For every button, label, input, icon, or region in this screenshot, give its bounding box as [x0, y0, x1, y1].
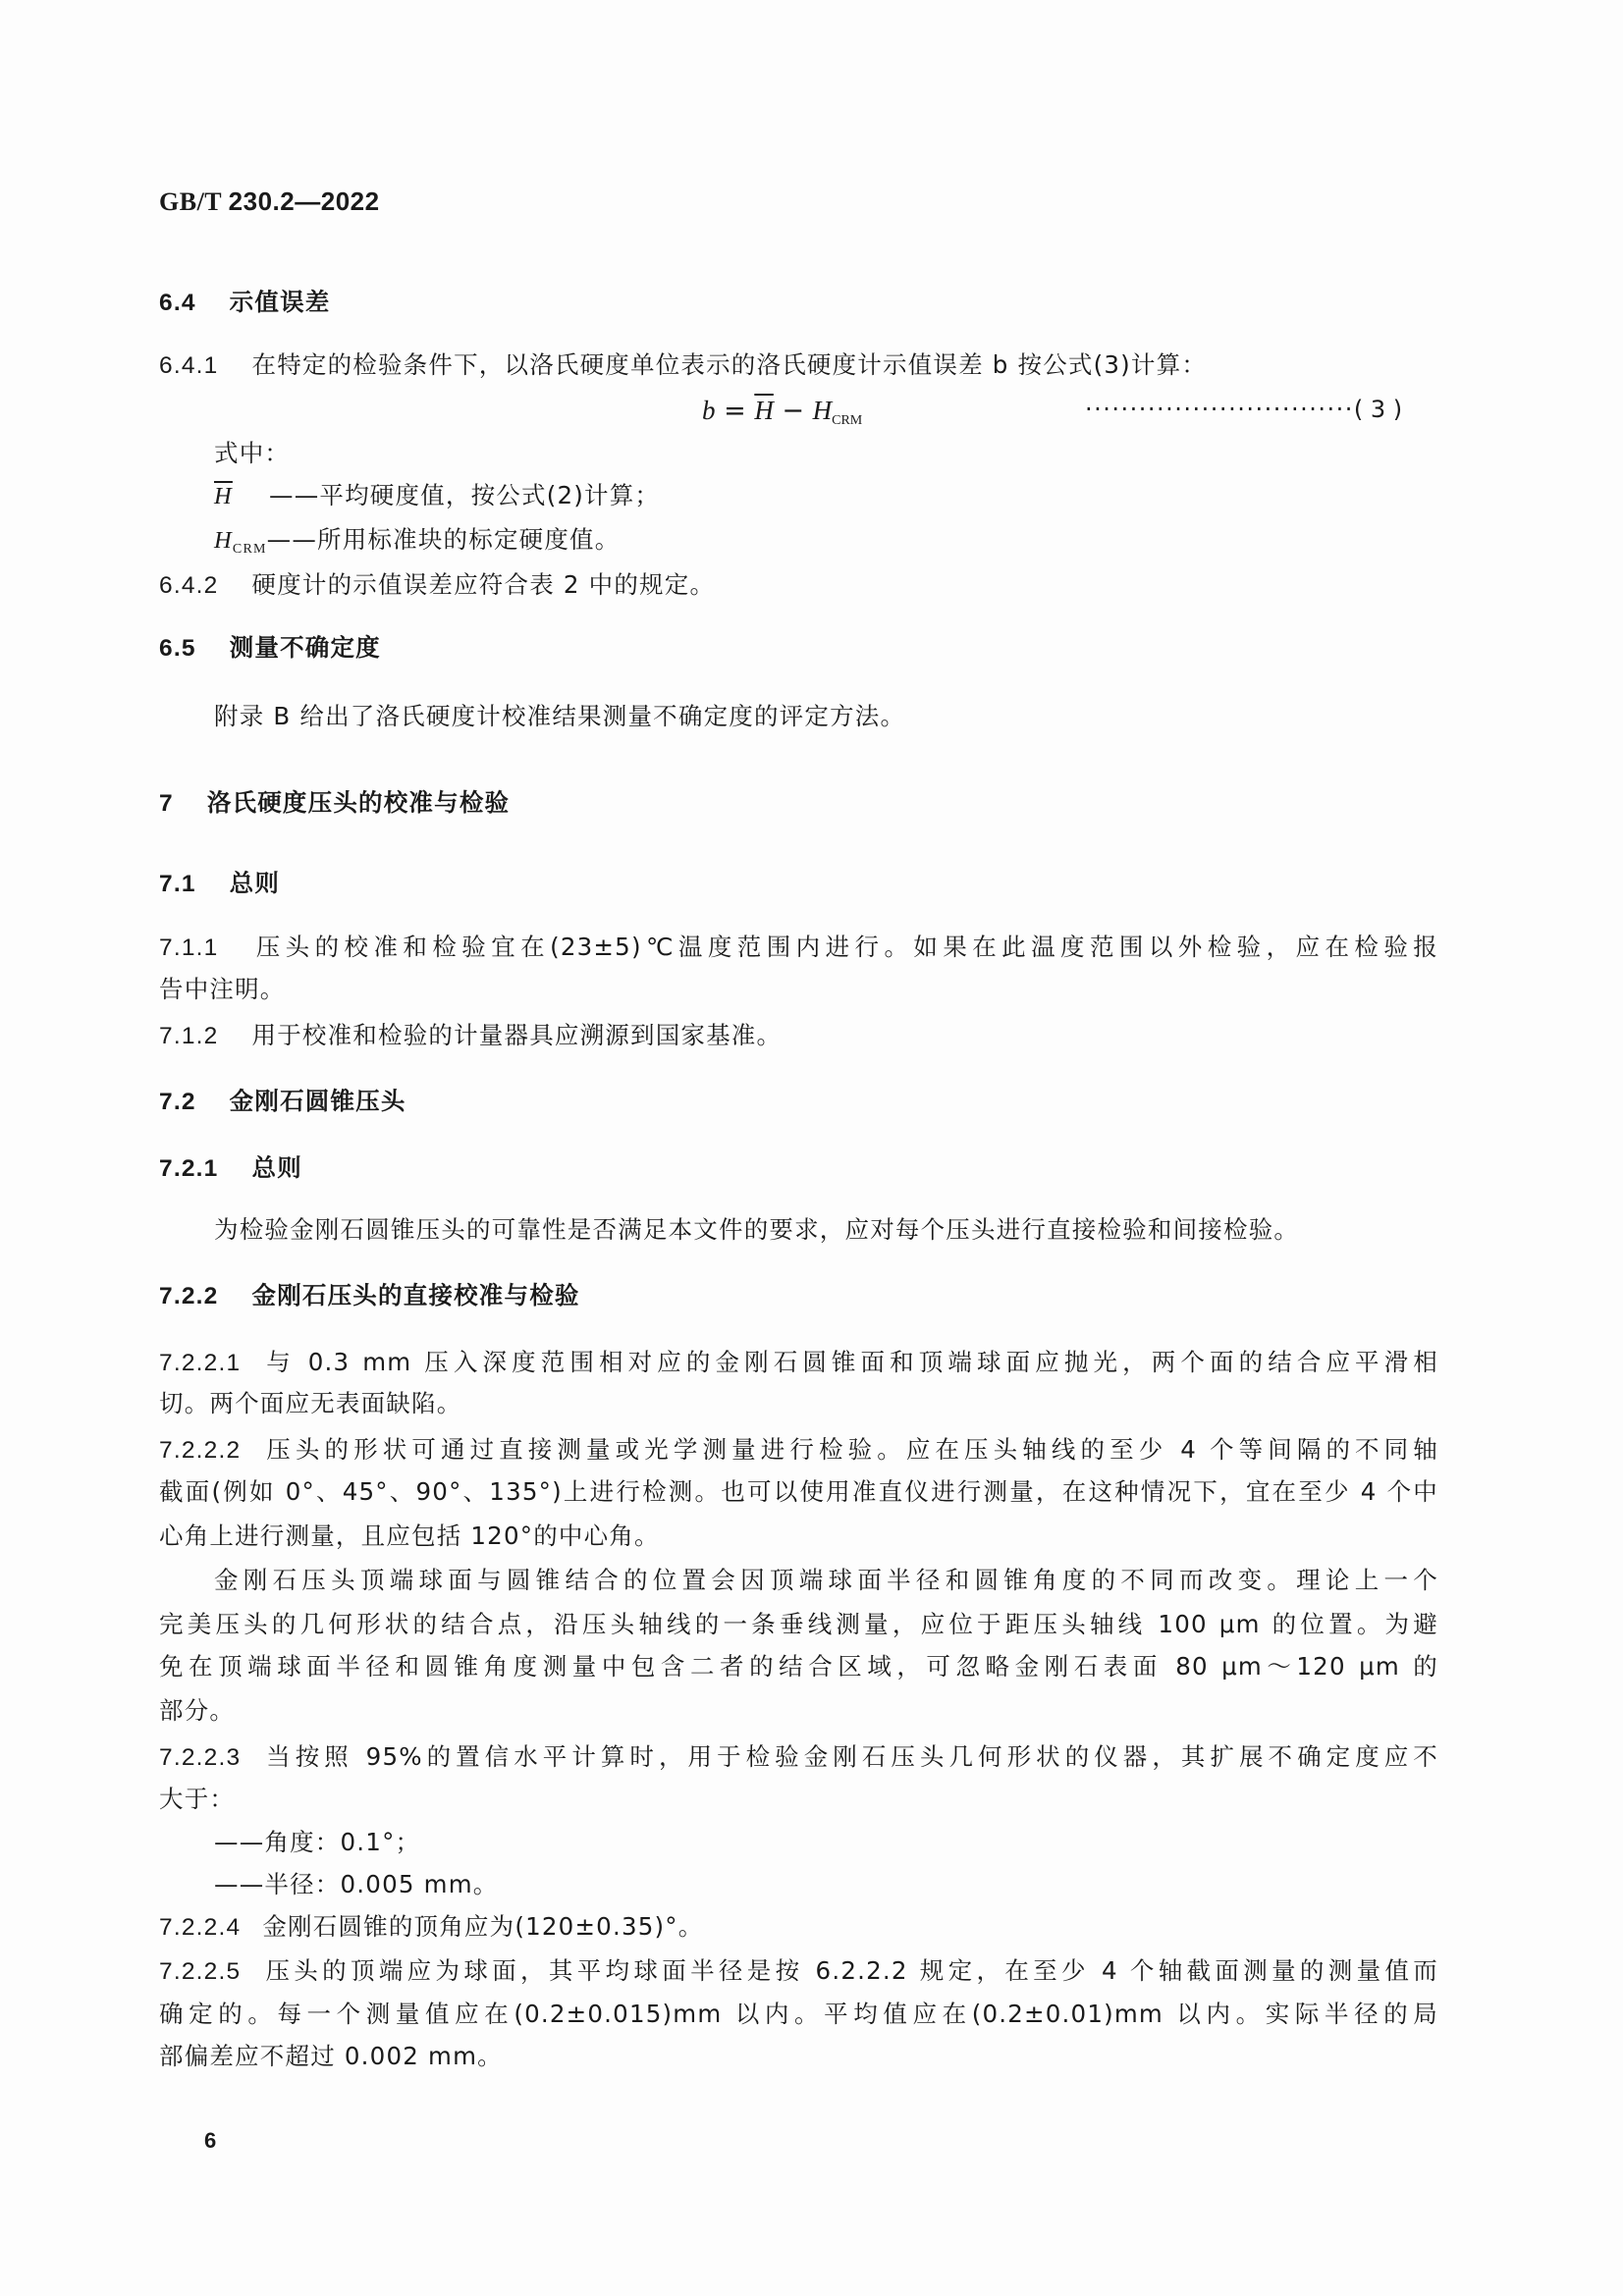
heading-6-4: 6.4示值误差 — [159, 288, 1438, 318]
heading-7-2-2: 7.2.2金刚石压头的直接校准与检验 — [159, 1281, 1438, 1311]
equation-label: ( 3 ) — [1354, 396, 1402, 423]
clause-text: 在特定的检验条件下，以洛氏硬度单位表示的洛氏硬度计示值误差 b 按公式(3)计算… — [252, 350, 1208, 379]
heading-title: 示值误差 — [230, 288, 331, 316]
clause-7-1-1-cont: 告中注明。 — [159, 975, 1438, 1004]
where-item-h-bar: H——平均硬度值，按公式(2)计算； — [214, 481, 1438, 511]
paragraph-7-2-1: 为检验金刚石圆锥压头的可靠性是否满足本文件的要求，应对每个压头进行直接检验和间接… — [214, 1215, 1438, 1245]
paragraph-junction-line3: 免在顶端球面半径和圆锥角度测量中包含二者的结合区域，可忽略金刚石表面 80 μm… — [159, 1652, 1438, 1682]
formula-3: b = H − HCRM — [702, 396, 862, 429]
formula-number: ······························( 3 ) — [1085, 396, 1402, 423]
standard-number: 230.2—2022 — [229, 187, 380, 216]
heading-6-5: 6.5测量不确定度 — [159, 633, 1438, 664]
clause-7-2-2-5-line2: 确定的。每一个测量值应在(0.2±0.015)mm 以内。平均值应在(0.2±0… — [159, 2000, 1438, 2029]
heading-7: 7洛氏硬度压头的校准与检验 — [159, 788, 1438, 819]
list-item-radius: ——半径：0.005 mm。 — [214, 1870, 1438, 1899]
list-item-angle: ——角度：0.1°； — [214, 1828, 1438, 1857]
clause-7-2-2-4: 7.2.2.4金刚石圆锥的顶角应为(120±0.35)°。 — [159, 1912, 1438, 1943]
clause-7-1-1: 7.1.1压头的校准和检验宜在(23±5)℃温度范围内进行。如果在此温度范围以外… — [159, 933, 1438, 963]
standard-prefix: GB/T — [159, 187, 222, 216]
clause-6-4-1: 6.4.1在特定的检验条件下，以洛氏硬度单位表示的洛氏硬度计示值误差 b 按公式… — [159, 350, 1438, 381]
heading-7-1: 7.1总则 — [159, 869, 1438, 899]
standard-header: GB/T 230.2—2022 — [159, 187, 380, 217]
heading-7-2-1: 7.2.1总则 — [159, 1153, 1438, 1184]
paragraph-6-5: 附录 B 给出了洛氏硬度计校准结果测量不确定度的评定方法。 — [214, 702, 1438, 731]
where-item-h-crm: HCRM——所用标准块的标定硬度值。 — [214, 525, 1438, 564]
leader-dots: ······························ — [1085, 396, 1354, 423]
clause-7-2-2-3: 7.2.2.3当按照 95%的置信水平计算时，用于检验金刚石压头几何形状的仪器，… — [159, 1742, 1438, 1773]
clause-7-2-2-1: 7.2.2.1与 0.3 mm 压入深度范围相对应的金刚石圆锥面和顶端球面应抛光… — [159, 1348, 1438, 1378]
where-label: 式中： — [214, 439, 1438, 468]
paragraph-junction-line1: 金刚石压头顶端球面与圆锥结合的位置会因顶端球面半径和圆锥角度的不同而改变。理论上… — [214, 1566, 1438, 1595]
clause-7-2-2-3-cont: 大于： — [159, 1785, 1438, 1814]
h-bar-symbol: H — [754, 396, 774, 425]
document-page: GB/T 230.2—2022 6.4示值误差 6.4.1在特定的检验条件下，以… — [0, 0, 1623, 2296]
heading-7-2: 7.2金刚石圆锥压头 — [159, 1087, 1438, 1117]
page-number: 6 — [204, 2128, 216, 2154]
clause-7-2-2-5-line3: 部偏差应不超过 0.002 mm。 — [159, 2042, 1438, 2071]
clause-7-1-2: 7.1.2用于校准和检验的计量器具应溯源到国家基准。 — [159, 1021, 1438, 1051]
clause-7-2-2-2: 7.2.2.2压头的形状可通过直接测量或光学测量进行检验。应在压头轴线的至少 4… — [159, 1435, 1438, 1466]
clause-7-2-2-2-line3: 心角上进行测量，且应包括 120°的中心角。 — [159, 1522, 1438, 1551]
clause-7-2-2-5: 7.2.2.5压头的顶端应为球面，其平均球面半径是按 6.2.2.2 规定，在至… — [159, 1956, 1438, 1987]
paragraph-junction-line2: 完美压头的几何形状的结合点，沿压头轴线的一条垂线测量，应位于距压头轴线 100 … — [159, 1610, 1438, 1639]
paragraph-junction-line4: 部分。 — [159, 1696, 1438, 1726]
clause-7-2-2-1-cont: 切。两个面应无表面缺陷。 — [159, 1389, 1438, 1418]
clause-6-4-2: 6.4.2硬度计的示值误差应符合表 2 中的规定。 — [159, 570, 1438, 601]
clause-7-2-2-2-line2: 截面(例如 0°、45°、90°、135°)上进行检测。也可以使用准直仪进行测量… — [159, 1477, 1438, 1507]
